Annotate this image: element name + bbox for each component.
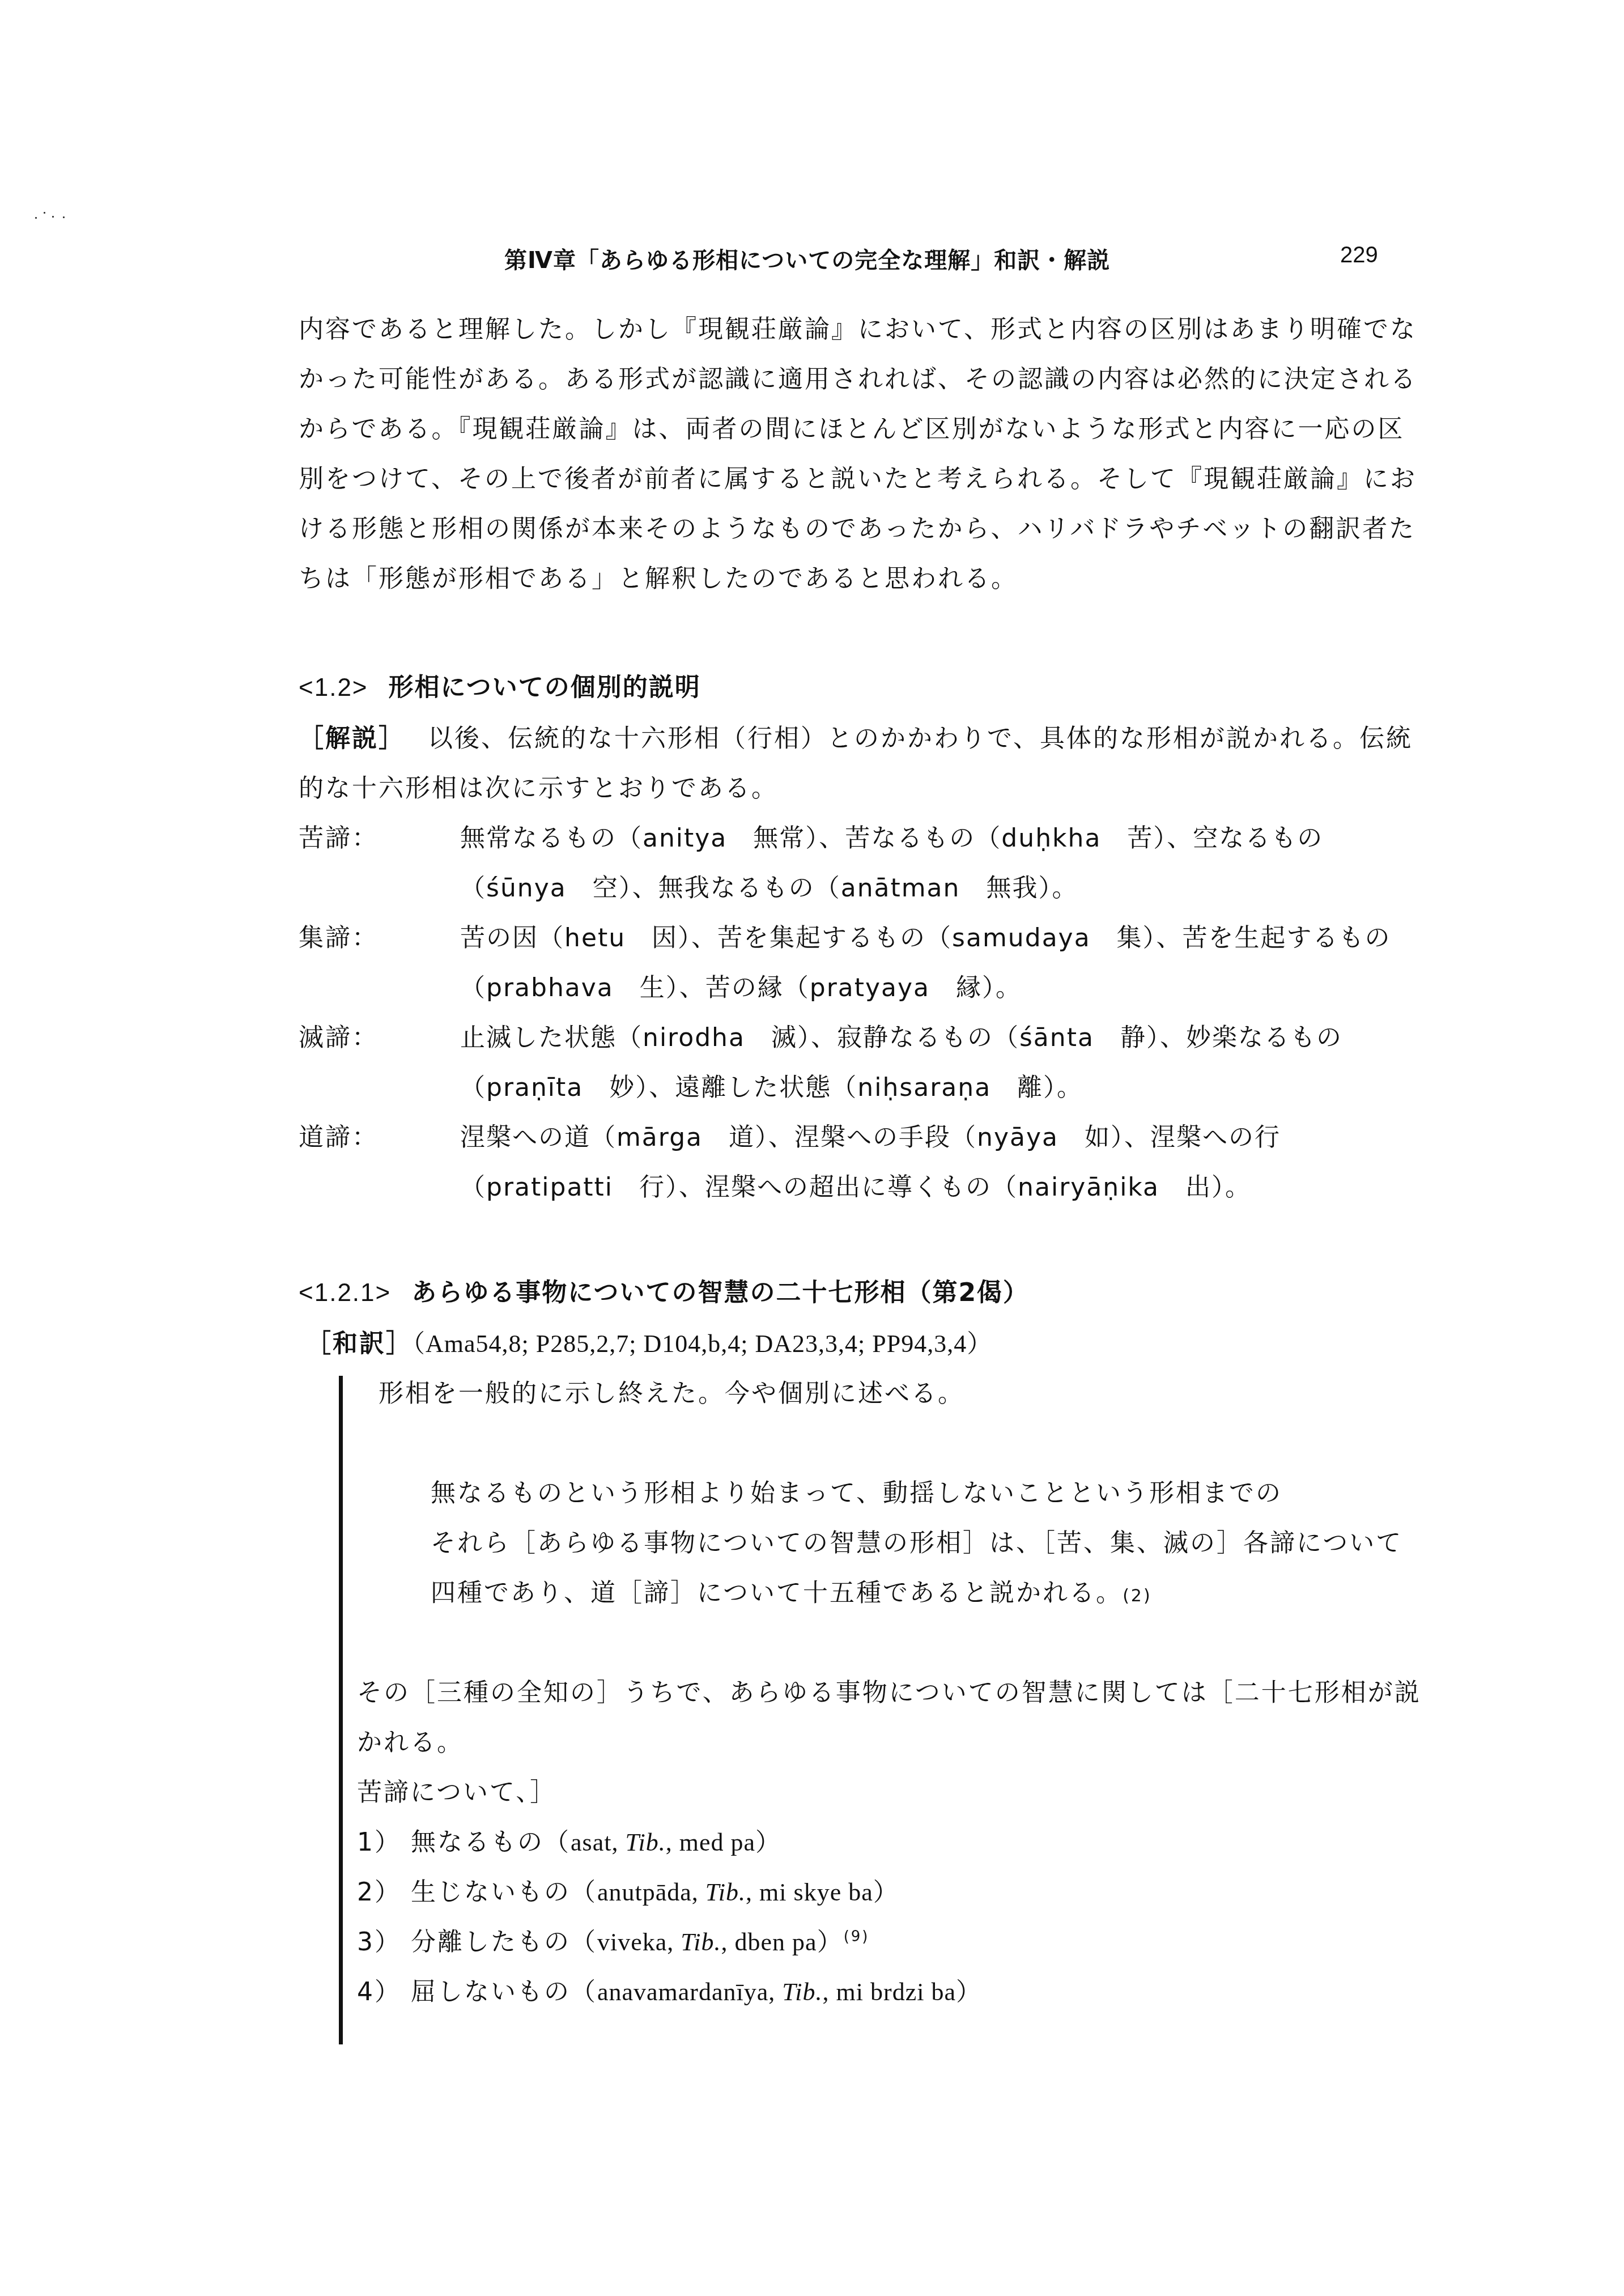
- prose-line: 苦諦について、］: [357, 1772, 556, 1808]
- item-number: 2）: [357, 1878, 401, 1907]
- verse-line: 無なるものという形相より始まって、動揺しないことという形相までの: [431, 1473, 1282, 1509]
- paragraph-line: 別をつけて、その上で後者が前者に属すると説いたと考えられる。そして『現観荘厳論』…: [299, 458, 1417, 495]
- item-tibetan: mi skye ba: [759, 1878, 873, 1906]
- commentary-line: 的な十六形相は次に示すとおりである。: [299, 768, 778, 804]
- list-item: 1） 無なるもの（asat, Tib., med pa）: [357, 1822, 782, 1858]
- section-heading-1-2-1: <1.2.1>あらゆる事物についての智慧の二十七形相（第2偈）: [299, 1272, 1029, 1308]
- list-item: 4） 屈しないもの（anavamardanīya, Tib., mi brdzi…: [357, 1971, 983, 2008]
- source-references: （Ama54,8; P285,2,7; D104,b,4; DA23,3,4; …: [413, 1330, 992, 1358]
- verse-text: 四種であり、道［諦］について十五種であると説かれる。: [431, 1579, 1123, 1608]
- truth-label: 苦諦：: [299, 818, 379, 854]
- item-japanese: 無なるもの: [411, 1828, 544, 1857]
- section-number: <1.2.1>: [299, 1279, 391, 1307]
- section-heading-1-2: <1.2>形相についての個別的説明: [299, 667, 701, 703]
- item-tibetan: med pa: [679, 1829, 755, 1856]
- scan-speck: [35, 217, 37, 219]
- item-japanese: 屈しないもの: [411, 1978, 571, 2006]
- item-number: 3）: [357, 1928, 401, 1957]
- paragraph-line: かった可能性がある。ある形式が認識に適用されれば、その認識の内容は必然的に決定さ…: [299, 359, 1417, 395]
- item-japanese: 生じないもの: [411, 1878, 571, 1907]
- truth-line: 苦の因（hetu 因）、苦を集起するもの（samudaya 集）、苦を生起するも…: [460, 917, 1391, 954]
- translation-margin-bar: [339, 1376, 343, 2044]
- scan-speck: [44, 212, 45, 214]
- commentary-line: ［解説］以後、伝統的な十六形相（行相）とのかかわりで、具体的な形相が説かれる。伝…: [299, 718, 1413, 754]
- truth-line: 無常なるもの（anitya 無常）、苦なるもの（duḥkha 苦）、空なるもの: [460, 818, 1323, 854]
- translation-header: ［和訳］（Ama54,8; P285,2,7; D104,b,4; DA23,3…: [306, 1323, 992, 1359]
- scan-speck: [63, 216, 65, 218]
- translation-label: ［和訳］: [306, 1329, 413, 1358]
- item-number: 4）: [357, 1978, 401, 2006]
- truth-line: 涅槃への道（mārga 道）、涅槃への手段（nyāya 如）、涅槃への行: [460, 1117, 1281, 1153]
- item-tibetan: dben pa: [735, 1928, 817, 1956]
- item-number: 1）: [357, 1828, 401, 1857]
- commentary-label: ［解説］: [299, 724, 405, 753]
- page-number: 229: [1340, 243, 1378, 268]
- footnote-marker[interactable]: (9): [844, 1928, 870, 1945]
- paragraph-line: 内容であると理解した。しかし『現観荘厳論』において、形式と内容の区別はあまり明確…: [299, 309, 1417, 345]
- tib-label: Tib.: [625, 1829, 665, 1856]
- truth-label: 集諦：: [299, 917, 379, 954]
- prose-line: その［三種の全知の］うちで、あらゆる事物についての智慧に関しては［二十七形相が説: [357, 1672, 1421, 1708]
- truth-line: （pratipatti 行）、涅槃への超出に導くもの（nairyāṇika 出）…: [460, 1167, 1251, 1203]
- section-title: 形相についての個別的説明: [389, 673, 701, 702]
- item-japanese: 分離したもの: [411, 1928, 571, 1957]
- verse-line: それら［あらゆる事物についての智慧の形相］は、［苦、集、滅の］各諦について: [431, 1523, 1402, 1559]
- tib-label: Tib.: [705, 1878, 746, 1906]
- item-sanskrit: anavamardanīya: [597, 1978, 768, 2006]
- paragraph-line: ちは「形態が形相である」と解釈したのであると思われる。: [299, 558, 1018, 594]
- opening-line: 形相を一般的に示し終えた。今や個別に述べる。: [379, 1373, 964, 1409]
- scan-speck: [52, 216, 54, 218]
- truth-label: 道諦：: [299, 1117, 379, 1153]
- item-sanskrit: viveka: [597, 1928, 667, 1956]
- tib-label: Tib.: [782, 1978, 822, 2006]
- paragraph-line: からである。『現観荘厳論』は、両者の間にほとんど区別がないような形式と内容に一応…: [299, 409, 1405, 445]
- footnote-marker[interactable]: (2): [1123, 1586, 1152, 1606]
- truth-label: 滅諦：: [299, 1017, 379, 1053]
- item-tibetan: mi brdzi ba: [836, 1978, 956, 2006]
- truth-line: （praṇīta 妙）、遠離した状態（niḥsaraṇa 離）。: [460, 1067, 1083, 1103]
- list-item: 2） 生じないもの（anutpāda, Tib., mi skye ba）: [357, 1872, 900, 1908]
- section-number: <1.2>: [299, 674, 368, 701]
- item-sanskrit: anutpāda: [597, 1878, 692, 1906]
- running-header-title: 第Ⅳ章「あらゆる形相についての完全な理解」和訳・解説: [504, 243, 1110, 275]
- truth-line: 止滅した状態（nirodha 滅）、寂静なるもの（śānta 静）、妙楽なるもの: [460, 1017, 1342, 1053]
- commentary-text: 以後、伝統的な十六形相（行相）とのかかわりで、具体的な形相が説かれる。伝統: [428, 724, 1413, 753]
- item-sanskrit: asat: [571, 1829, 611, 1856]
- tib-label: Tib.: [681, 1928, 721, 1956]
- section-title: あらゆる事物についての智慧の二十七形相（第2偈）: [411, 1278, 1029, 1307]
- truth-line: （prabhava 生）、苦の縁（pratyaya 縁）。: [460, 967, 1022, 1004]
- truth-line: （śūnya 空）、無我なるもの（anātman 無我）。: [460, 868, 1078, 904]
- paragraph-line: ける形態と形相の関係が本来そのようなものであったから、ハリバドラやチベットの翻訳…: [299, 508, 1415, 545]
- prose-line: かれる。: [357, 1722, 464, 1758]
- list-item: 3） 分離したもの（viveka, Tib., dben pa）(9): [357, 1921, 869, 1958]
- verse-line: 四種であり、道［諦］について十五種であると説かれる。(2): [431, 1572, 1152, 1609]
